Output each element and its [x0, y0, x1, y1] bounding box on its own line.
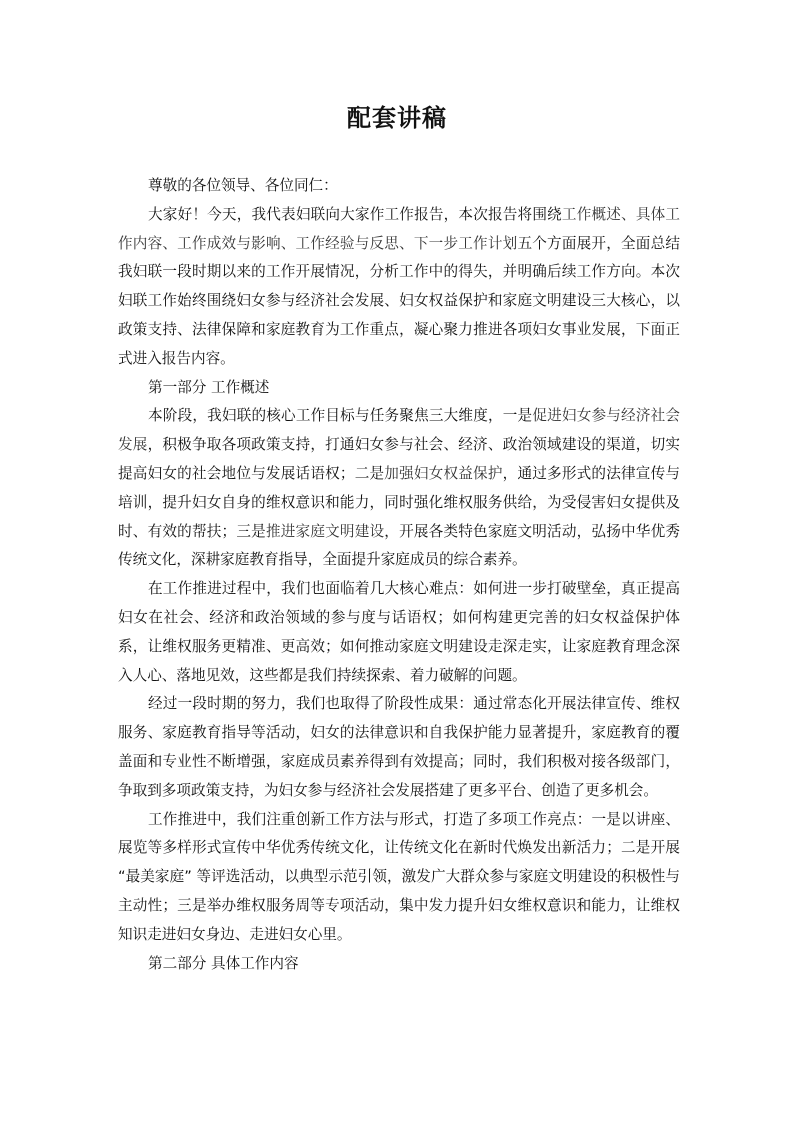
intro-text-pre: 大家好！今天，我代表妇联向大家作工作报告，本次报告将围绕 [148, 206, 562, 223]
section-heading-2: 第二部分 具体工作内容 [118, 950, 680, 979]
greeting: 尊敬的各位领导、各位同仁： [118, 172, 680, 201]
section1-paragraph-challenges: 在工作推进过程中，我们也面临着几大核心难点：如何进一步打破壁垒，真正提高妇女在社… [118, 575, 680, 690]
document-page: 配套讲稿 尊敬的各位领导、各位同仁： 大家好！今天，我代表妇联向大家作工作报告，… [0, 0, 794, 1123]
intro-paragraph: 大家好！今天，我代表妇联向大家作工作报告，本次报告将围绕工作概述、具体工作内容、… [118, 201, 680, 374]
page-title: 配套讲稿 [0, 100, 794, 136]
section-heading-1: 第一部分 工作概述 [118, 374, 680, 403]
section1-paragraph-highlights: 工作推进中，我们注重创新工作方法与形式，打造了多项工作亮点：一是以讲座、展览等多… [118, 806, 680, 950]
section1-paragraph-goals: 本阶段，我妇联的核心工作目标与任务聚焦三大维度，一是促进妇女参与经济社会发展，积… [118, 402, 680, 575]
goal-2-emphasis: 加强妇女权益保护 [384, 465, 502, 482]
intro-text-post: 五个方面展开，全面总结我妇联一段时期以来的工作开展情况，分析工作中的得失，并明确… [118, 235, 680, 367]
section1-paragraph-results: 经过一段时期的努力，我们也取得了阶段性成果：通过常态化开展法律宣传、维权服务、家… [118, 690, 680, 805]
goal-3-emphasis: 推进家庭文明建设 [266, 523, 384, 540]
goals-text-a: 本阶段，我妇联的核心工作目标与任务聚焦三大维度，一是 [148, 407, 532, 424]
document-body: 尊敬的各位领导、各位同仁： 大家好！今天，我代表妇联向大家作工作报告，本次报告将… [118, 172, 680, 978]
